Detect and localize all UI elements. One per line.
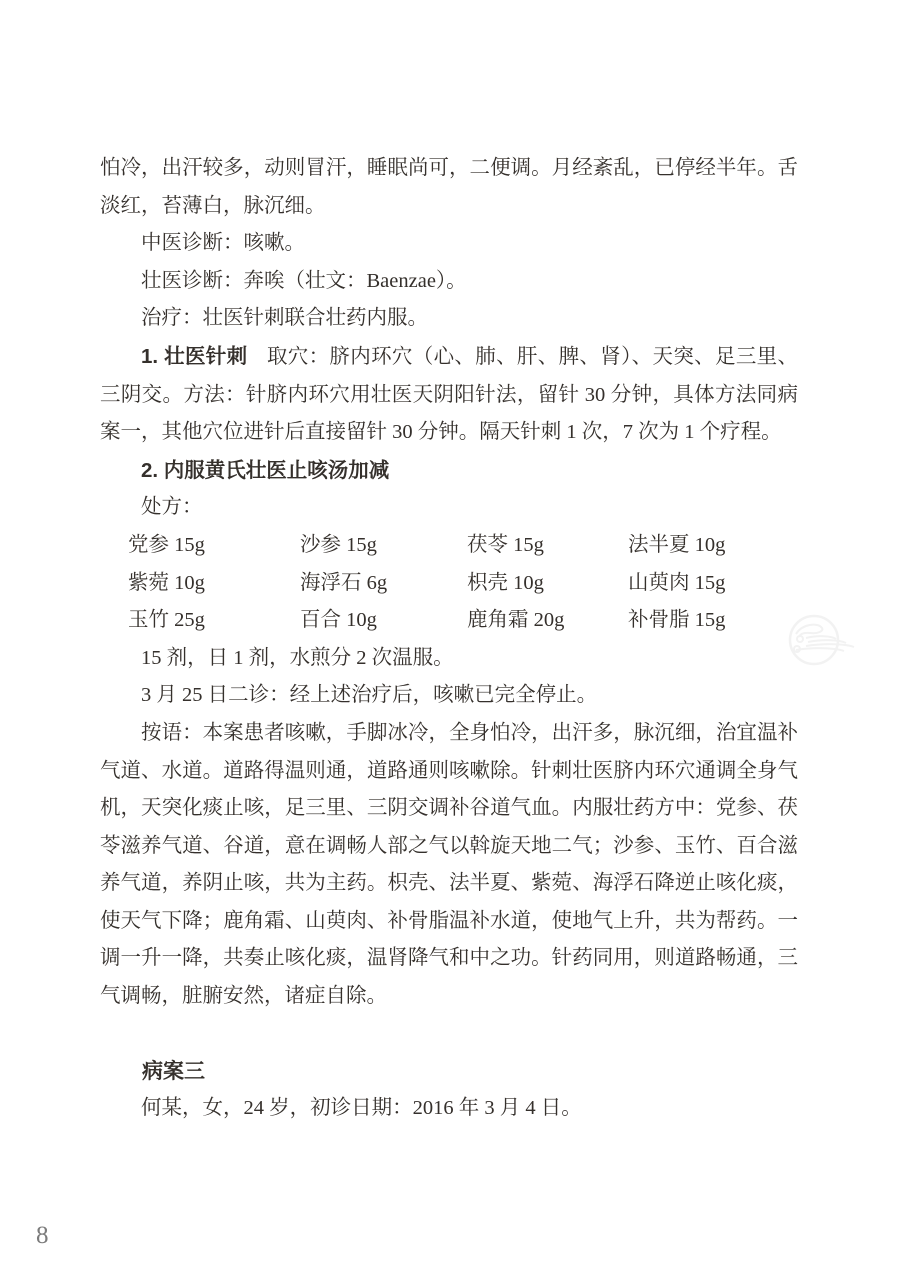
- page-content: 怕冷，出汗较多，动则冒汗，睡眠尚可，二便调。月经紊乱，已停经半年。舌淡红，苔薄白…: [100, 150, 798, 1128]
- item2-heading: 2. 内服黄氏壮医止咳汤加减: [100, 452, 798, 490]
- paragraph-commentary: 按语：本案患者咳嗽，手脚冰冷，全身怕冷，出汗多，脉沉细，治宜温补气道、水道。道路…: [100, 715, 798, 1016]
- paragraph-symptoms: 怕冷，出汗较多，动则冒汗，睡眠尚可，二便调。月经紊乱，已停经半年。舌淡红，苔薄白…: [100, 150, 798, 225]
- prescription-table: 党参 15g 沙参 15g 茯苓 15g 法半夏 10g 紫菀 10g 海浮石 …: [100, 527, 798, 640]
- prescription-item: 海浮石 6g: [300, 565, 467, 603]
- item1-label: 1. 壮医针刺: [141, 345, 247, 368]
- paragraph-tcm-diagnosis: 中医诊断：咳嗽。: [100, 225, 798, 263]
- prescription-label: 处方：: [100, 489, 798, 527]
- case3-heading: 病案三: [100, 1053, 798, 1091]
- paragraph-case3-intro: 何某，女，24 岁，初诊日期：2016 年 3 月 4 日。: [100, 1090, 798, 1128]
- book-page: 怕冷，出汗较多，动则冒汗，睡眠尚可，二便调。月经紊乱，已停经半年。舌淡红，苔薄白…: [0, 0, 900, 1282]
- prescription-item: 鹿角霜 20g: [467, 602, 628, 640]
- prescription-item: 党参 15g: [128, 527, 300, 565]
- prescription-item: 紫菀 10g: [128, 565, 300, 603]
- prescription-item: 百合 10g: [300, 602, 467, 640]
- paragraph-followup: 3 月 25 日二诊：经上述治疗后，咳嗽已完全停止。: [100, 677, 798, 715]
- prescription-item: 枳壳 10g: [467, 565, 628, 603]
- prescription-item: 沙参 15g: [300, 527, 467, 565]
- paragraph-zhuang-diagnosis: 壮医诊断：奔唉（壮文：Baenzae）。: [100, 263, 798, 301]
- prescription-item: 玉竹 25g: [128, 602, 300, 640]
- prescription-item: 茯苓 15g: [467, 527, 628, 565]
- paragraph-acupuncture: 1. 壮医针刺取穴：脐内环穴（心、肺、肝、脾、肾）、天突、足三里、三阴交。方法：…: [100, 338, 798, 452]
- paragraph-treatment: 治疗：壮医针刺联合壮药内服。: [100, 300, 798, 338]
- publisher-logo-watermark: [766, 592, 866, 690]
- paragraph-dosage: 15 剂，日 1 剂，水煎分 2 次温服。: [100, 640, 798, 678]
- page-number: 8: [36, 1222, 49, 1250]
- prescription-item: 法半夏 10g: [628, 527, 798, 565]
